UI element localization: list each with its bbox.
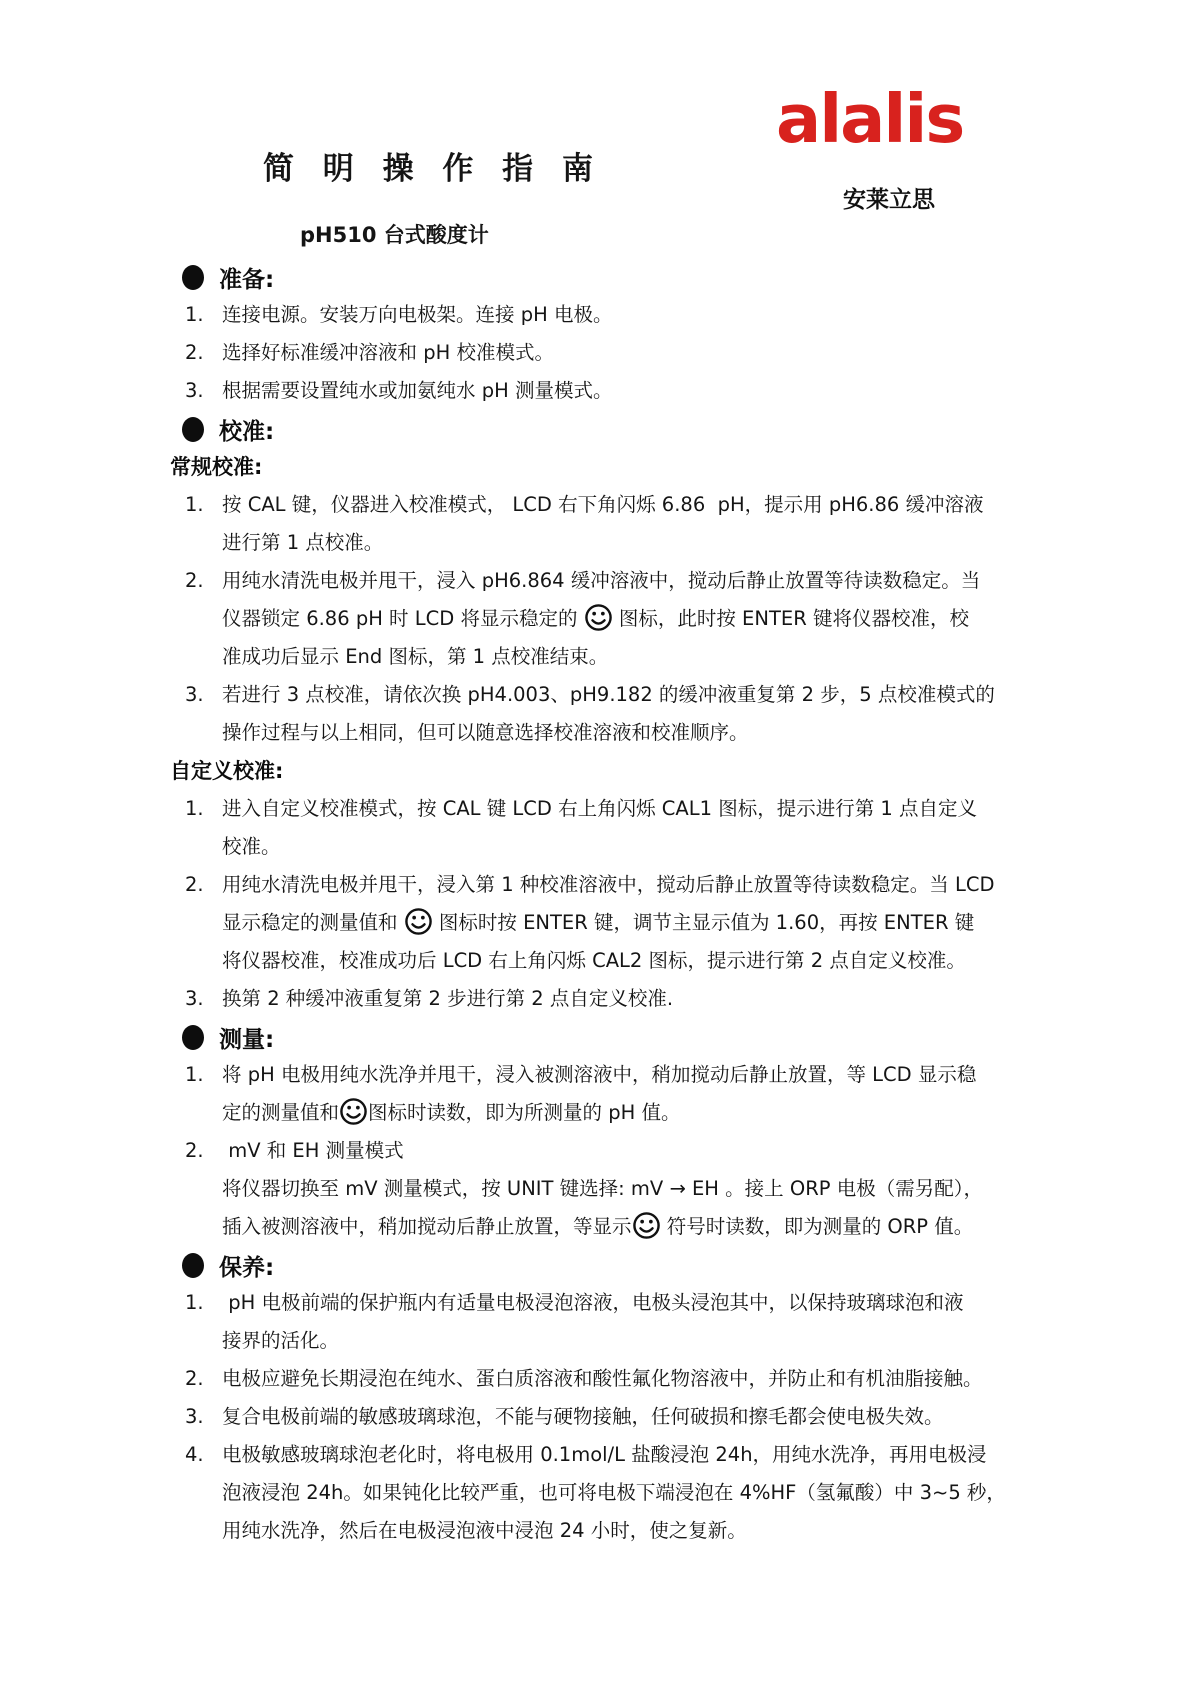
- section-heading: 保养:: [170, 1246, 980, 1284]
- list-item: 2. mV 和 EH 测量模式将仪器切换至 mV 测量模式，按 UNIT 键选择…: [170, 1132, 980, 1246]
- item-lines: 按 CAL 键，仪器进入校准模式， LCD 右下角闪烁 6.86 pH，提示用 …: [222, 486, 980, 562]
- text-line: 操作过程与以上相同，但可以随意选择校准溶液和校准顺序。: [222, 714, 980, 752]
- item-number: 3.: [185, 980, 204, 1018]
- item-lines: 电极敏感玻璃球泡老化时，将电极用 0.1mol/L 盐酸浸泡 24h，用纯水洗净…: [222, 1436, 980, 1550]
- text-line: 准成功后显示 End 图标，第 1 点校准结束。: [222, 638, 980, 676]
- item-lines: 选择好标准缓冲溶液和 pH 校准模式。: [222, 334, 980, 372]
- text-line: 将 pH 电极用纯水洗净并甩干，浸入被测溶液中，稍加搅动后静止放置，等 LCD …: [222, 1056, 980, 1094]
- page-title: 简 明 操 作 指 南: [263, 143, 602, 188]
- item-lines: 根据需要设置纯水或加氨纯水 pH 测量模式。: [222, 372, 980, 410]
- item-lines: 电极应避免长期浸泡在纯水、蛋白质溶液和酸性氟化物溶液中，并防止和有机油脂接触。: [222, 1360, 980, 1398]
- bullet-icon: [182, 1253, 204, 1278]
- item-number: 1.: [185, 1056, 204, 1094]
- item-number: 1.: [185, 296, 204, 334]
- section: 校准:常规校准:1.按 CAL 键，仪器进入校准模式， LCD 右下角闪烁 6.…: [170, 410, 980, 1018]
- list-item: 1.进入自定义校准模式，按 CAL 键 LCD 右上角闪烁 CAL1 图标，提示…: [170, 790, 980, 866]
- item-number: 2.: [185, 866, 204, 904]
- list-item: 2.选择好标准缓冲溶液和 pH 校准模式。: [170, 334, 980, 372]
- text-line: pH 电极前端的保护瓶内有适量电极浸泡溶液，电极头浸泡其中，以保持玻璃球泡和液: [222, 1284, 980, 1322]
- page-subtitle: pH510 台式酸度计: [300, 219, 489, 249]
- list-item: 1. pH 电极前端的保护瓶内有适量电极浸泡溶液，电极头浸泡其中，以保持玻璃球泡…: [170, 1284, 980, 1360]
- text-line: 泡液浸泡 24h。如果钝化比较严重，也可将电极下端浸泡在 4%HF（氢氟酸）中 …: [222, 1474, 980, 1512]
- section: 测量:1.将 pH 电极用纯水洗净并甩干，浸入被测溶液中，稍加搅动后静止放置，等…: [170, 1018, 980, 1246]
- text-line: 换第 2 种缓冲液重复第 2 步进行第 2 点自定义校准.: [222, 980, 980, 1018]
- section-heading: 准备:: [170, 258, 980, 296]
- section-heading: 测量:: [170, 1018, 980, 1056]
- smiley-icon: [339, 1097, 368, 1126]
- text-line: 仪器锁定 6.86 pH 时 LCD 将显示稳定的 图标，此时按 ENTER 键…: [222, 600, 980, 638]
- item-number: 2.: [185, 334, 204, 372]
- text-line: 用纯水清洗电极并甩干，浸入第 1 种校准溶液中，搅动后静止放置等待读数稳定。当 …: [222, 866, 980, 904]
- item-number: 4.: [185, 1436, 204, 1474]
- brand-name: 安莱立思: [843, 181, 935, 214]
- item-lines: 复合电极前端的敏感玻璃球泡，不能与硬物接触，任何破损和擦毛都会使电极失效。: [222, 1398, 980, 1436]
- item-number: 3.: [185, 676, 204, 714]
- item-lines: pH 电极前端的保护瓶内有适量电极浸泡溶液，电极头浸泡其中，以保持玻璃球泡和液接…: [222, 1284, 980, 1360]
- item-number: 2.: [185, 1360, 204, 1398]
- subheading: 自定义校准:: [170, 752, 980, 790]
- item-lines: 进入自定义校准模式，按 CAL 键 LCD 右上角闪烁 CAL1 图标，提示进行…: [222, 790, 980, 866]
- item-lines: 用纯水清洗电极并甩干，浸入第 1 种校准溶液中，搅动后静止放置等待读数稳定。当 …: [222, 866, 980, 980]
- section: 保养:1. pH 电极前端的保护瓶内有适量电极浸泡溶液，电极头浸泡其中，以保持玻…: [170, 1246, 980, 1550]
- item-lines: 换第 2 种缓冲液重复第 2 步进行第 2 点自定义校准.: [222, 980, 980, 1018]
- bullet-icon: [182, 417, 204, 442]
- text-line: 接界的活化。: [222, 1322, 980, 1360]
- item-number: 3.: [185, 1398, 204, 1436]
- item-number: 1.: [185, 790, 204, 828]
- subheading: 常规校准:: [170, 448, 980, 486]
- text-line: 显示稳定的测量值和 图标时按 ENTER 键，调节主显示值为 1.60，再按 E…: [222, 904, 980, 942]
- text-line: 将仪器校准，校准成功后 LCD 右上角闪烁 CAL2 图标，提示进行第 2 点自…: [222, 942, 980, 980]
- text-line: 电极敏感玻璃球泡老化时，将电极用 0.1mol/L 盐酸浸泡 24h，用纯水洗净…: [222, 1436, 980, 1474]
- item-number: 2.: [185, 562, 204, 600]
- section-heading-label: 校准:: [219, 413, 274, 446]
- smiley-icon: [632, 1211, 661, 1240]
- text-line: 进入自定义校准模式，按 CAL 键 LCD 右上角闪烁 CAL1 图标，提示进行…: [222, 790, 980, 828]
- text-line: 将仪器切换至 mV 测量模式，按 UNIT 键选择: mV → EH 。接上 O…: [222, 1170, 980, 1208]
- item-number: 2.: [185, 1132, 204, 1170]
- bullet-icon: [182, 1025, 204, 1050]
- brand-logo: alalis: [776, 86, 963, 153]
- section-heading-label: 准备:: [219, 261, 274, 294]
- item-lines: 连接电源。安装万向电极架。连接 pH 电极。: [222, 296, 980, 334]
- content: 准备:1.连接电源。安装万向电极架。连接 pH 电极。2.选择好标准缓冲溶液和 …: [170, 258, 980, 1550]
- list-item: 3.根据需要设置纯水或加氨纯水 pH 测量模式。: [170, 372, 980, 410]
- list-item: 1.连接电源。安装万向电极架。连接 pH 电极。: [170, 296, 980, 334]
- section-heading: 校准:: [170, 410, 980, 448]
- text-line: 若进行 3 点校准，请依次换 pH4.003、pH9.182 的缓冲液重复第 2…: [222, 676, 980, 714]
- list-item: 2.电极应避免长期浸泡在纯水、蛋白质溶液和酸性氟化物溶液中，并防止和有机油脂接触…: [170, 1360, 980, 1398]
- text-line: 用纯水洗净，然后在电极浸泡液中浸泡 24 小时，使之复新。: [222, 1512, 980, 1550]
- text-line: 复合电极前端的敏感玻璃球泡，不能与硬物接触，任何破损和擦毛都会使电极失效。: [222, 1398, 980, 1436]
- section: 准备:1.连接电源。安装万向电极架。连接 pH 电极。2.选择好标准缓冲溶液和 …: [170, 258, 980, 410]
- document-page: 简 明 操 作 指 南 alalis 安莱立思 pH510 台式酸度计 准备:1…: [0, 0, 1200, 1697]
- list-item: 3.复合电极前端的敏感玻璃球泡，不能与硬物接触，任何破损和擦毛都会使电极失效。: [170, 1398, 980, 1436]
- item-number: 3.: [185, 372, 204, 410]
- text-line: 根据需要设置纯水或加氨纯水 pH 测量模式。: [222, 372, 980, 410]
- item-lines: 将 pH 电极用纯水洗净并甩干，浸入被测溶液中，稍加搅动后静止放置，等 LCD …: [222, 1056, 980, 1132]
- item-lines: 若进行 3 点校准，请依次换 pH4.003、pH9.182 的缓冲液重复第 2…: [222, 676, 980, 752]
- text-line: 进行第 1 点校准。: [222, 524, 980, 562]
- text-line: 插入被测溶液中，稍加搅动后静止放置，等显示 符号时读数，即为测量的 ORP 值。: [222, 1208, 980, 1246]
- text-line: 连接电源。安装万向电极架。连接 pH 电极。: [222, 296, 980, 334]
- list-item: 1.按 CAL 键，仪器进入校准模式， LCD 右下角闪烁 6.86 pH，提示…: [170, 486, 980, 562]
- text-line: 校准。: [222, 828, 980, 866]
- bullet-icon: [182, 265, 204, 290]
- item-number: 1.: [185, 486, 204, 524]
- item-number: 1.: [185, 1284, 204, 1322]
- text-line: 定的测量值和图标时读数，即为所测量的 pH 值。: [222, 1094, 980, 1132]
- smiley-icon: [404, 907, 433, 936]
- list-item: 3.若进行 3 点校准，请依次换 pH4.003、pH9.182 的缓冲液重复第…: [170, 676, 980, 752]
- item-lines: mV 和 EH 测量模式将仪器切换至 mV 测量模式，按 UNIT 键选择: m…: [222, 1132, 980, 1246]
- smiley-icon: [584, 603, 613, 632]
- list-item: 2.用纯水清洗电极并甩干，浸入 pH6.864 缓冲溶液中，搅动后静止放置等待读…: [170, 562, 980, 676]
- section-heading-label: 测量:: [219, 1021, 274, 1054]
- text-line: 选择好标准缓冲溶液和 pH 校准模式。: [222, 334, 980, 372]
- list-item: 3.换第 2 种缓冲液重复第 2 步进行第 2 点自定义校准.: [170, 980, 980, 1018]
- item-lines: 用纯水清洗电极并甩干，浸入 pH6.864 缓冲溶液中，搅动后静止放置等待读数稳…: [222, 562, 980, 676]
- list-item: 2.用纯水清洗电极并甩干，浸入第 1 种校准溶液中，搅动后静止放置等待读数稳定。…: [170, 866, 980, 980]
- section-heading-label: 保养:: [219, 1249, 274, 1282]
- list-item: 4.电极敏感玻璃球泡老化时，将电极用 0.1mol/L 盐酸浸泡 24h，用纯水…: [170, 1436, 980, 1550]
- list-item: 1.将 pH 电极用纯水洗净并甩干，浸入被测溶液中，稍加搅动后静止放置，等 LC…: [170, 1056, 980, 1132]
- text-line: 电极应避免长期浸泡在纯水、蛋白质溶液和酸性氟化物溶液中，并防止和有机油脂接触。: [222, 1360, 980, 1398]
- text-line: 用纯水清洗电极并甩干，浸入 pH6.864 缓冲溶液中，搅动后静止放置等待读数稳…: [222, 562, 980, 600]
- text-line: 按 CAL 键，仪器进入校准模式， LCD 右下角闪烁 6.86 pH，提示用 …: [222, 486, 980, 524]
- text-line: mV 和 EH 测量模式: [222, 1132, 980, 1170]
